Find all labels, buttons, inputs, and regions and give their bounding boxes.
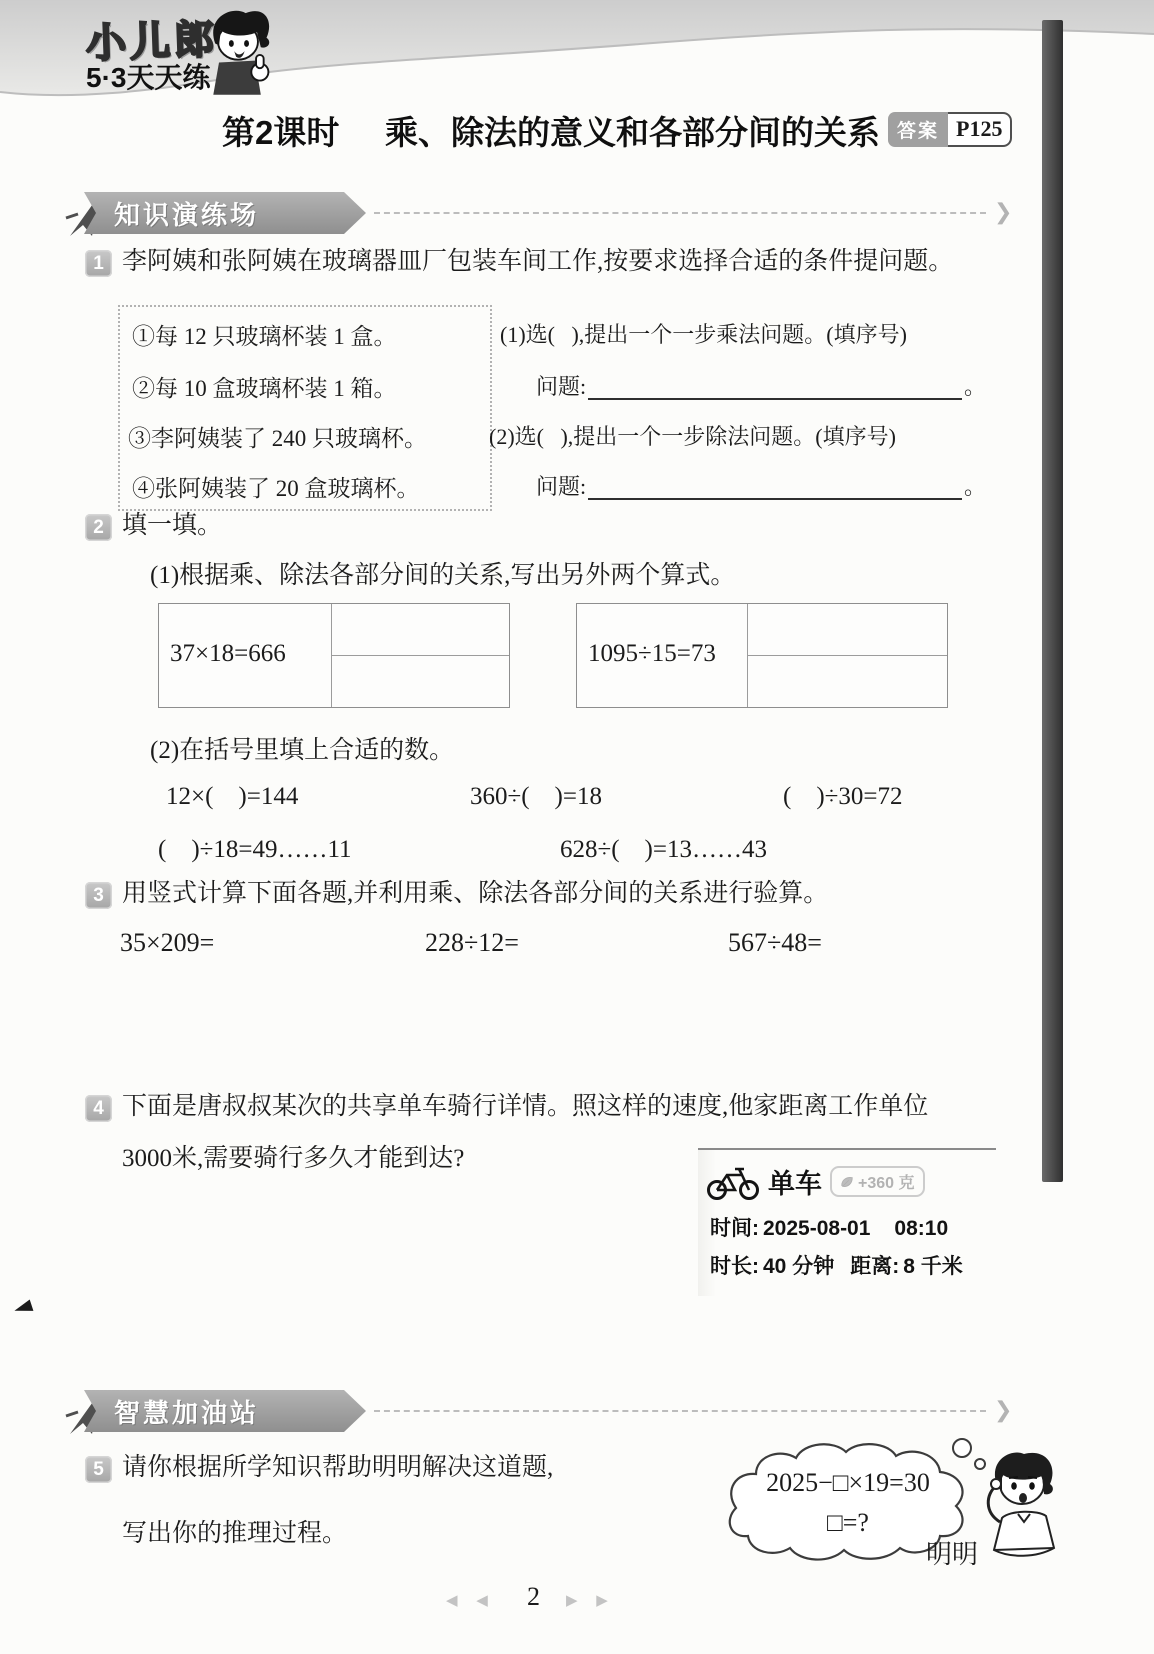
q2-given-equation-2: 1095÷15=73	[588, 640, 716, 668]
q1-text: 李阿姨和张阿姨在玻璃器皿厂包装车间工作,按要求选择合适的条件提问题。	[122, 246, 1002, 279]
q4-text-line1: 下面是唐叔叔某次的共享单车骑行详情。照这样的速度,他家距离工作单位	[122, 1091, 1012, 1124]
section-banner-knowledge: 知识演练场	[84, 192, 366, 234]
q2-text: 填一填。	[122, 510, 222, 543]
q2-answer-cell[interactable]	[332, 656, 508, 706]
q2-part1-label: (1)根据乘、除法各部分间的关系,写出另外两个算式。	[150, 560, 735, 593]
q1-condition-2: ②每 10 盒玻璃杯装 1 箱。	[132, 370, 397, 403]
bicycle-icon	[706, 1164, 760, 1200]
page-number: 2	[527, 1582, 540, 1612]
chevron-right-icon: ❯	[994, 200, 1012, 225]
q3-text: 用竖式计算下面各题,并利用乘、除法各部分间的关系进行验算。	[122, 878, 1002, 911]
ride-time-label: 时间:	[710, 1212, 759, 1242]
ride-time-value: 2025-08-01	[763, 1217, 870, 1241]
q1-period-1: 。	[964, 370, 986, 401]
prev-page-icon[interactable]: ◀ ◀	[446, 1591, 495, 1609]
chevron-right-icon: ❯	[994, 1398, 1012, 1423]
q1-question-label-2: 问题:	[536, 470, 586, 501]
section-banner-wisdom: 智慧加油站	[84, 1390, 366, 1432]
answer-label: 答案	[888, 112, 948, 147]
binding-bar	[1042, 20, 1063, 1182]
print-mark	[13, 1300, 34, 1317]
q1-condition-3: ③李阿姨装了 240 只玻璃杯。	[128, 420, 427, 453]
ride-duration-label: 时长:	[710, 1250, 759, 1280]
q1-answer-blank-2[interactable]	[588, 468, 962, 500]
q1-select-1: (1)选( ),提出一个一步乘法问题。(填序号)	[500, 318, 907, 349]
answer-page-ref: P125	[948, 112, 1012, 147]
q3-work-area[interactable]	[120, 975, 1000, 1080]
section-title: 智慧加油站	[84, 1393, 259, 1430]
eco-text: +360 克	[858, 1170, 915, 1193]
q4-text-line2: 3000米,需要骑行多久才能到达?	[122, 1143, 464, 1176]
worksheet-page: 小儿郎 5·3天天练 第2课时 乘、除法的意义和各部分间的关系 答案 P125 …	[0, 0, 1154, 1654]
lesson-number: 第2课时	[222, 107, 339, 154]
answer-badge: 答案 P125	[888, 112, 1012, 147]
q2-fill-equation: ( )÷30=72	[783, 783, 902, 811]
bike-ride-card: 单车 +360 克 时间: 2025-08-01 08:10 时长: 40 分钟…	[698, 1148, 996, 1296]
q2-answer-cell[interactable]	[748, 656, 946, 706]
q3-problem: 228÷12=	[425, 928, 519, 958]
q2-fill-equation: 12×( )=144	[166, 783, 298, 811]
q2-answer-cell[interactable]	[332, 604, 508, 655]
boy-character	[968, 1446, 1068, 1574]
q2-fill-equation: 628÷( )=13……43	[560, 836, 767, 864]
section-title: 知识演练场	[84, 195, 259, 232]
ride-distance-label: 距离:	[850, 1250, 899, 1280]
q3-problem: 567÷48=	[728, 928, 822, 958]
q2-part2-label: (2)在括号里填上合适的数。	[150, 735, 454, 768]
q3-number-badge: 3	[85, 882, 112, 909]
ride-distance-value: 8 千米	[903, 1250, 963, 1280]
character-name: 明明	[926, 1534, 978, 1571]
q5-text-line1: 请你根据所学知识帮助明明解决这道题,	[122, 1452, 553, 1485]
q2-fill-equation: 360÷( )=18	[470, 783, 602, 811]
q4-number-badge: 4	[85, 1095, 112, 1122]
q5-text-line2: 写出你的推理过程。	[122, 1518, 347, 1551]
q2-given-equation-1: 37×18=666	[170, 640, 286, 668]
q5-number-badge: 5	[85, 1456, 112, 1483]
bubble-equation: 2025−□×19=30	[726, 1468, 970, 1498]
banner-dashed-line	[374, 212, 986, 214]
ride-duration-value: 40 分钟	[763, 1250, 834, 1280]
q1-answer-blank-1[interactable]	[588, 368, 962, 400]
q1-period-2: 。	[964, 470, 986, 501]
logo-boy-icon	[200, 4, 276, 102]
q2-fill-equation: ( )÷18=49……11	[158, 836, 352, 864]
eco-badge: +360 克	[830, 1166, 925, 1197]
q1-number-badge: 1	[85, 250, 112, 277]
banner-dashed-line	[374, 1410, 986, 1412]
brand-series: 5·3天天练	[86, 56, 210, 96]
leaf-icon	[840, 1175, 854, 1189]
q1-condition-1: ①每 12 只玻璃杯装 1 盒。	[132, 318, 397, 351]
page-title: 乘、除法的意义和各部分间的关系	[385, 107, 880, 154]
q3-problem: 35×209=	[120, 928, 214, 958]
q2-answer-cell[interactable]	[748, 604, 946, 655]
bike-card-title: 单车	[768, 1162, 822, 1201]
q2-number-badge: 2	[85, 514, 112, 541]
q1-question-label-1: 问题:	[536, 370, 586, 401]
q1-condition-4: ④张阿姨装了 20 盒玻璃杯。	[132, 470, 420, 503]
next-page-icon[interactable]: ▶ ▶	[566, 1591, 615, 1609]
q1-select-2: (2)选( ),提出一个一步除法问题。(填序号)	[489, 420, 896, 451]
ride-time-clock: 08:10	[894, 1217, 948, 1241]
